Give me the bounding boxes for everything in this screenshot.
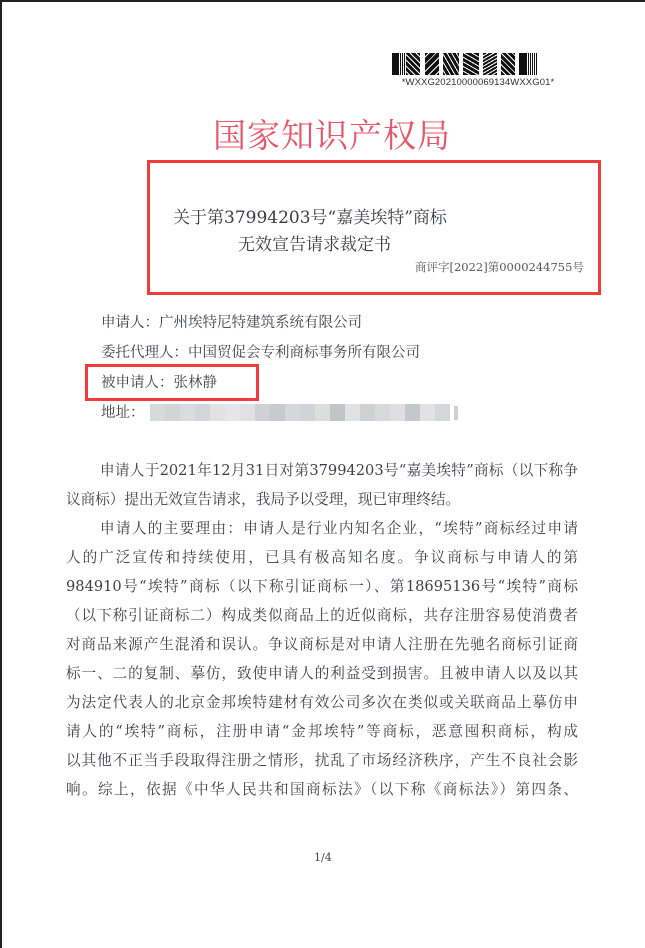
body-line: 人的广泛宣传和持续使用，已具有极高知名度。争议商标与申请人的第 [66,548,578,568]
body-line: 申请人的主要理由：申请人是行业内知名企业，“埃特”商标经过申请 [100,519,578,539]
window-frame-left [0,0,2,948]
applicant-line: 申请人：广州埃特尼特建筑系统有限公司 [101,311,362,332]
body-line: 为法定代表人的北京金邦埃特建材有效公司多次在类似或关联商品上摹仿申 [66,693,578,713]
document-title-line-2: 无效宣告请求裁定书 [238,230,391,255]
highlight-box-respondent [85,364,259,401]
body-line: （以下称引证商标二）构成类似商品上的近似商标，共存注册容易使消费者 [66,606,578,626]
barcode [392,53,562,75]
body-line: 请人的“埃特”商标，注册申请“金邦埃特”等商标，恶意囤积商标，构成 [66,722,578,742]
agent-line: 委托代理人：中国贸促会专利商标事务所有限公司 [101,341,420,362]
body-line: 申请人于2021年12月31日对第37994203号“嘉美埃特”商标（以下称争 [100,461,578,481]
agency-title: 国家知识产权局 [213,110,451,157]
page-number: 1/4 [314,851,332,864]
body-line: 议商标）提出无效宣告请求，我局予以受理，现已审理终结。 [66,490,578,510]
document-title-line-1: 关于第37994203号“嘉美埃特”商标 [173,203,447,228]
window-frame-top [0,0,645,2]
address-label: 地址： [101,401,145,422]
body-line: 以其他不正当手段取得注册之情形，扰乱了市场经济秩序，产生不良社会影 [66,751,578,771]
redacted-address-edge [454,406,458,420]
body-line: 对商品来源产生混淆和误认。争议商标是对申请人注册在先驰名商标引证商 [66,635,578,655]
body-line: 标一、二的复制、摹仿，致使申请人的利益受到损害。且被申请人以及以其 [66,664,578,684]
body-line: 响。综上，依据《中华人民共和国商标法》（以下称《商标法》）第四条、 [66,780,578,800]
redacted-address [150,404,450,421]
document-number: 商评字[2022]第0000244755号 [415,259,584,275]
body-line: 984910号“埃特”商标（以下称引证商标一）、第18695136号“埃特”商标 [66,577,578,597]
barcode-text: *WXXG20210000069134WXXG01* [392,77,564,88]
